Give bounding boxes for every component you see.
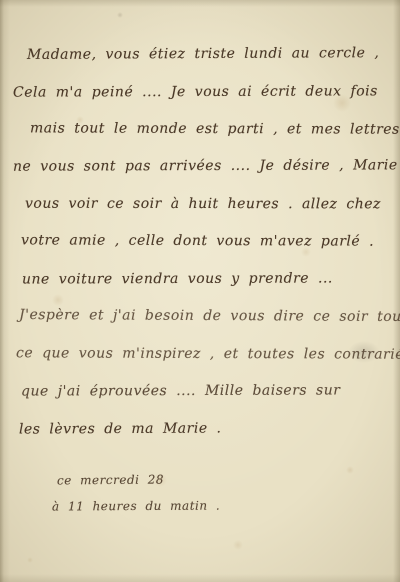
letter-dateline-time: à 11 heures du matin . — [52, 499, 220, 514]
letter-dateline-day: ce mercredi 28 — [57, 473, 164, 488]
letter-line: Cela m'a peiné .... Je vous ai écrit deu… — [13, 83, 378, 100]
letter-line: mais tout le monde est parti , et mes le… — [30, 120, 400, 137]
letter-line: que j'ai éprouvées .... Mille baisers su… — [21, 382, 340, 399]
letter-line: J'espère et j'ai besoin de vous dire ce … — [19, 307, 400, 325]
letter-line: Madame, vous étiez triste lundi au cercl… — [27, 45, 379, 63]
letter-line: ne vous sont pas arrivées .... Je désire… — [13, 157, 400, 174]
letter-line: une voiture viendra vous y prendre ... — [22, 270, 333, 287]
letter-page: Madame, vous étiez triste lundi au cercl… — [0, 0, 400, 582]
letter-line: vous voir ce soir à huit heures . allez … — [25, 196, 381, 213]
letter-line: votre amie , celle dont vous m'avez parl… — [21, 232, 374, 249]
letter-line: les lèvres de ma Marie . — [19, 420, 222, 437]
letter-line: ce que vous m'inspirez , et toutes les c… — [16, 345, 400, 362]
